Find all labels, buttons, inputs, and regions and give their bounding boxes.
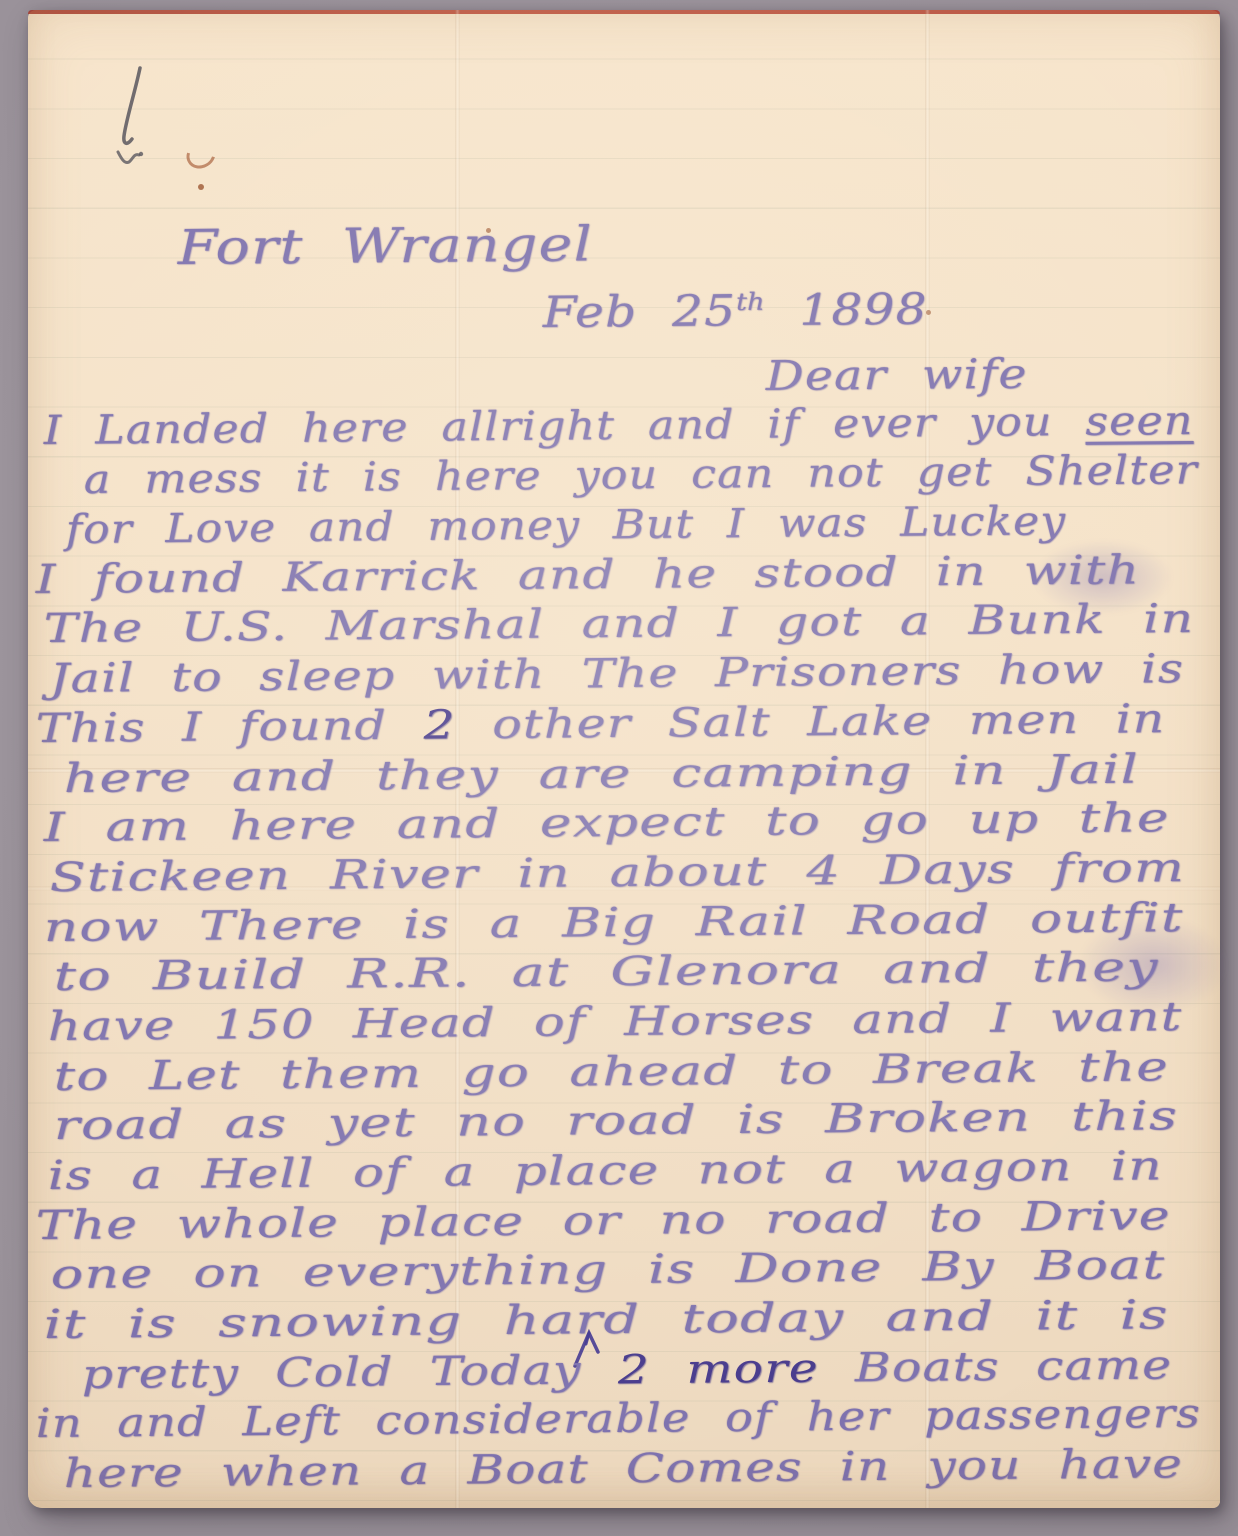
letter-line-run: other Salt Lake men in (456, 696, 1166, 748)
letter-line-row: Stickeen River in about 4 Days from (36, 849, 1212, 899)
letter-line-row: here and they are camping in Jail (36, 750, 1212, 800)
letter-line: in and Left considerable of her passenge… (36, 1393, 1202, 1445)
letter-line-row: pretty Cold Today 2 more Boats came (36, 1346, 1212, 1396)
letter-line: here and they are camping in Jail (64, 748, 1140, 799)
letter-line-row: a mess it is here you can not get Shelte… (36, 452, 1212, 502)
letter-line-run: 2 (423, 702, 456, 748)
date-month-day: Feb 25 (543, 286, 737, 338)
letter-line-run: This I found (36, 702, 424, 751)
date-year: 1898 (764, 285, 928, 336)
salutation: Dear wife (766, 350, 1028, 400)
letter-line: for Love and money But I was Luckey (66, 500, 1067, 551)
letter-body: I Landed here allright and if ever you s… (36, 402, 1212, 1495)
letter-line-row: to Build R.R. at Glenora and they (36, 949, 1212, 999)
letter-line: is a Hell of a place not a wagon in (48, 1145, 1163, 1197)
letter-line-row: for Love and money But I was Luckey (36, 501, 1212, 551)
rust-stain-ring (182, 136, 221, 174)
pencil-check-mark-icon (100, 62, 170, 172)
letter-line-row: here when a Boat Comes in you have (36, 1445, 1212, 1495)
pencil-dot (139, 152, 143, 156)
letter-line-row: road as yet no road is Broken this (36, 1098, 1212, 1148)
letter-line-row: The U.S. Marshal and I got a Bunk in (36, 601, 1212, 651)
letter-line: it is snowing hard today and it is (44, 1294, 1169, 1346)
letterhead-place: Fort Wrangel (178, 216, 594, 276)
letter-line-run: I Landed here allright and if ever you (44, 399, 1086, 454)
letter-line: here when a Boat Comes in you have (64, 1443, 1184, 1495)
letter-paper: Fort Wrangel Feb 25th 1898 Dear wife I L… (28, 10, 1220, 1508)
letter-line: Stickeen River in about 4 Days from (50, 847, 1186, 899)
letter-line: now There is a Big Rail Road outfit (44, 897, 1184, 949)
letter-line-row: is a Hell of a place not a wagon in (36, 1147, 1212, 1197)
letterhead-date: Feb 25th 1898 (543, 285, 928, 338)
letter-line: one on everything is Done By Boat (51, 1245, 1166, 1297)
letter-line-run: 2 more (618, 1345, 819, 1393)
letter-line: I am here and expect to go up the (44, 797, 1170, 849)
letter-line-row: The whole place or no road to Drive (36, 1197, 1212, 1247)
letter-line: The U.S. Marshal and I got a Bunk in (44, 598, 1195, 650)
letter-line: This I found 2 other Salt Lake men in (36, 698, 1166, 750)
scan-background: Fort Wrangel Feb 25th 1898 Dear wife I L… (0, 0, 1238, 1536)
letter-line-row: now There is a Big Rail Road outfit (36, 899, 1212, 949)
letter-line: a mess it is here you can not get Shelte… (84, 450, 1198, 502)
letter-line-row: to Let them go ahead to Break the (36, 1048, 1212, 1098)
letter-line: The whole place or no road to Drive (36, 1195, 1171, 1247)
paper-red-top-edge (28, 10, 1220, 14)
letter-line: pretty Cold Today 2 more Boats came (82, 1344, 1173, 1396)
letter-line-row: I Landed here allright and if ever you s… (36, 402, 1212, 452)
letter-line-row: in and Left considerable of her passenge… (36, 1396, 1212, 1446)
letter-line-row: one on everything is Done By Boat (36, 1247, 1212, 1297)
letter-line-row: Jail to sleep with The Prisoners how is (36, 650, 1212, 700)
letter-line-row: it is snowing hard today and it is (36, 1296, 1212, 1346)
letter-line-row: I am here and expect to go up the (36, 800, 1212, 850)
letter-line-row: I found Karrick and he stood in with (36, 551, 1212, 601)
letter-line: road as yet no road is Broken this (54, 1096, 1179, 1148)
letter-line: have 150 Head of Horses and I want (48, 996, 1183, 1048)
letter-line: I Landed here allright and if ever you s… (44, 400, 1194, 452)
letter-line-row: have 150 Head of Horses and I want (36, 998, 1212, 1048)
date-ordinal-suffix: th (736, 288, 765, 316)
letter-line-row: This I found 2 other Salt Lake men in (36, 700, 1212, 750)
letter-line: Jail to sleep with The Prisoners how is (50, 648, 1185, 700)
letter-line-run: seen (1085, 398, 1193, 445)
letter-line-run: Boats came (819, 1342, 1173, 1391)
letter-line: to Let them go ahead to Break the (54, 1046, 1169, 1098)
letter-line: I found Karrick and he stood in with (36, 549, 1141, 601)
letter-line-run: pretty Cold Today (82, 1347, 618, 1398)
rust-stain-dot (198, 184, 204, 190)
letter-line: to Build R.R. at Glenora and they (54, 947, 1159, 999)
